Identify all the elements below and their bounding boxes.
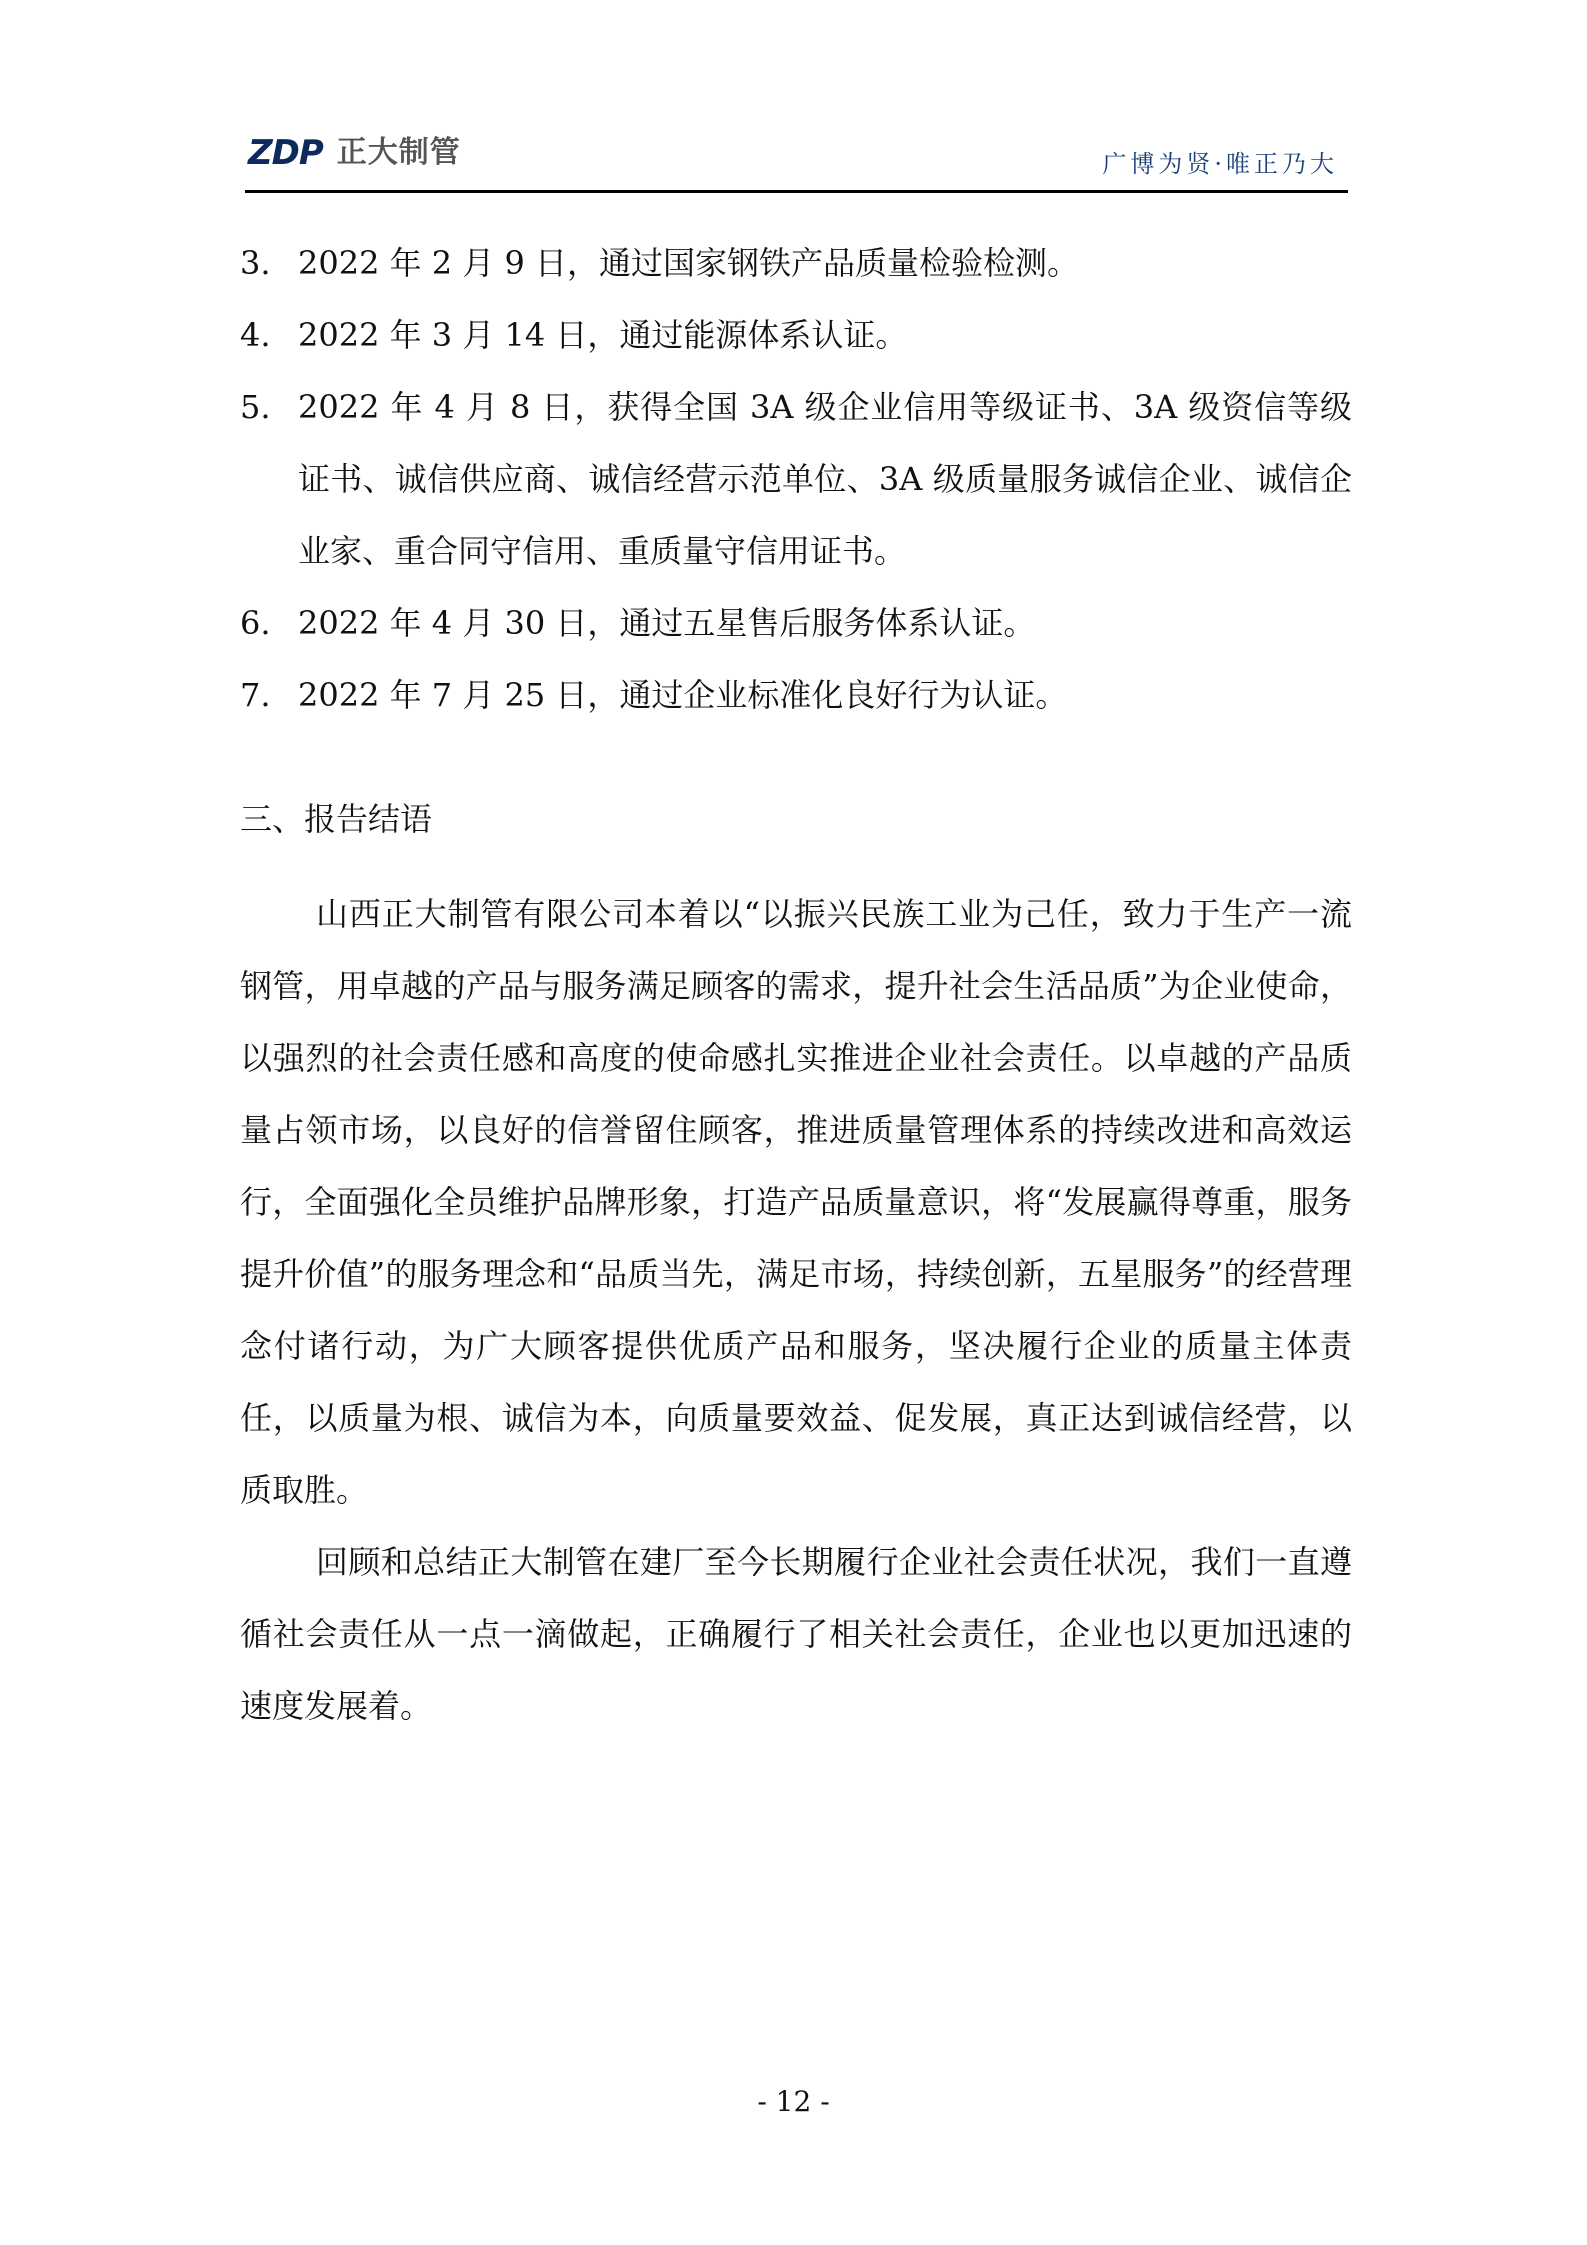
list-item-number: 5.	[240, 371, 298, 587]
list-item: 5. 2022 年 4 月 8 日，获得全国 3A 级企业信用等级证书、3A 级…	[240, 371, 1352, 587]
list-item-text: 2022 年 7 月 25 日，通过企业标准化良好行为认证。	[298, 659, 1352, 731]
paragraph: 回顾和总结正大制管在建厂至今长期履行企业社会责任状况，我们一直遵循社会责任从一点…	[240, 1526, 1352, 1742]
list-item-text: 2022 年 3 月 14 日，通过能源体系认证。	[298, 299, 1352, 371]
list-item: 3. 2022 年 2 月 9 日，通过国家钢铁产品质量检验检测。	[240, 227, 1352, 299]
list-item-text: 2022 年 4 月 30 日，通过五星售后服务体系认证。	[298, 587, 1352, 659]
logo-company-name: 正大制管	[337, 136, 461, 170]
list-item-number: 6.	[240, 587, 298, 659]
list-item: 4. 2022 年 3 月 14 日，通过能源体系认证。	[240, 299, 1352, 371]
list-item: 7. 2022 年 7 月 25 日，通过企业标准化良好行为认证。	[240, 659, 1352, 731]
header-divider	[245, 190, 1348, 193]
list-item-number: 3.	[240, 227, 298, 299]
page-body: 3. 2022 年 2 月 9 日，通过国家钢铁产品质量检验检测。 4. 202…	[240, 227, 1352, 1742]
page-header: ZDP 正大制管 广博为贤·唯正乃大	[245, 130, 1348, 192]
section-heading: 三、报告结语	[240, 783, 1352, 855]
company-logo: ZDP 正大制管	[248, 136, 461, 170]
list-item-number: 7.	[240, 659, 298, 731]
list-item-number: 4.	[240, 299, 298, 371]
list-item: 6. 2022 年 4 月 30 日，通过五星售后服务体系认证。	[240, 587, 1352, 659]
paragraph: 山西正大制管有限公司本着以“以振兴民族工业为己任，致力于生产一流钢管，用卓越的产…	[240, 878, 1352, 1526]
page-number: - 12 -	[0, 2085, 1587, 2118]
list-item-text: 2022 年 2 月 9 日，通过国家钢铁产品质量检验检测。	[298, 227, 1352, 299]
header-slogan: 广博为贤·唯正乃大	[1102, 144, 1338, 179]
logo-mark: ZDP	[248, 136, 323, 170]
list-item-text: 2022 年 4 月 8 日，获得全国 3A 级企业信用等级证书、3A 级资信等…	[298, 371, 1352, 587]
